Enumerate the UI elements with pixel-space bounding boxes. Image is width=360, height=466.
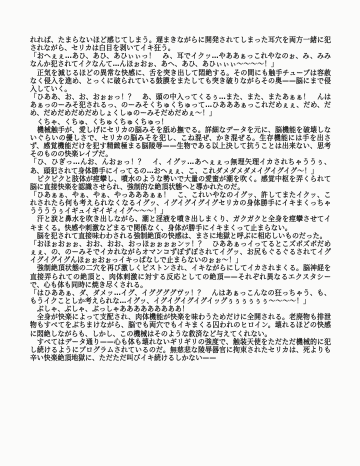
paragraph: 脳を犯されて直接味わわされる強制絶頂の快感は、まさに地獄と呼ぶに相応しいものだっ… — [30, 232, 331, 240]
paragraph: れれば、たまらないほど感じてしまう。遅まきながらに開発されてしまった耳穴を両方一… — [30, 36, 331, 52]
document-page: れれば、たまらないほど感じてしまう。遅まきながらに開発されてしまった耳穴を両方一… — [0, 0, 360, 466]
paragraph: 機械触手が、愛しげにセリカの脳みそを舐め撫でる。詳細なデータを元に、脳機能を破壊… — [30, 126, 331, 159]
paragraph: 全身が快楽によって支配され、肉体機能が快楽を味わうためだけに全開される。老廃物も… — [30, 313, 331, 337]
paragraph: 「はひああぁ、ダ、ダメッ…イグ、イググググヴッ！？ んはあぁっこんなの狂っちゃう… — [30, 289, 331, 305]
paragraph: 「おほぉおぉぉ、おお、おお、おっほぉぉぉぉンッ！？ ひああぁっイってるとこズボズ… — [30, 240, 331, 264]
paragraph: 「ひ、ひぎっ…んお、んおぉっ！？ イ、イグッ…あへぇぇっ無理矢理イカされちゃうう… — [30, 158, 331, 174]
paragraph: すべてはデータ通り——心も体も壊れないギリギリの強度で、触装天使をただただ機械的… — [30, 338, 331, 362]
paragraph: 「おへぇぇ…あひ、あひ、あひぃぃっ！ み、耳でイクッ…やああぁっこれやなのぉ、み… — [30, 52, 331, 68]
paragraph: 汗と涙と鼻水を吹き出しながら、潮と淫液を噴き出しまくり、ガクガクと全身を痙攣させ… — [30, 215, 331, 231]
paragraph: ピクピクと肢体が痙攣し、噴水のような勢いで大量の愛蜜が潮を吹く。感覚中枢を弄くら… — [30, 175, 331, 191]
text-body: れれば、たまらないほど感じてしまう。遅まきながらに開発されてしまった耳穴を両方一… — [30, 36, 331, 362]
paragraph: 「ひあぁぁ、やぁ、やぁ、やっあああぁぁ！ こ、これいやなのイグッ、許してまたイク… — [30, 191, 331, 215]
paragraph: 「ひああ、お、お、おぉぉっ！？ あ、頭の中入ってくるぅ…また、また、またあぁぁ！… — [30, 93, 331, 117]
paragraph: 強制絶頂状態の二穴を再び激しくピストンされ、イキながらにしてイカされまくる。脳神… — [30, 264, 331, 288]
paragraph: くちゃ、くちゅ、くちゅくちゅくちゅっ！ — [30, 118, 331, 126]
paragraph: 正気を減じるほどの異常な快感に、舌を突き出して悶絶する。その間にも触手チューブは… — [30, 69, 331, 93]
